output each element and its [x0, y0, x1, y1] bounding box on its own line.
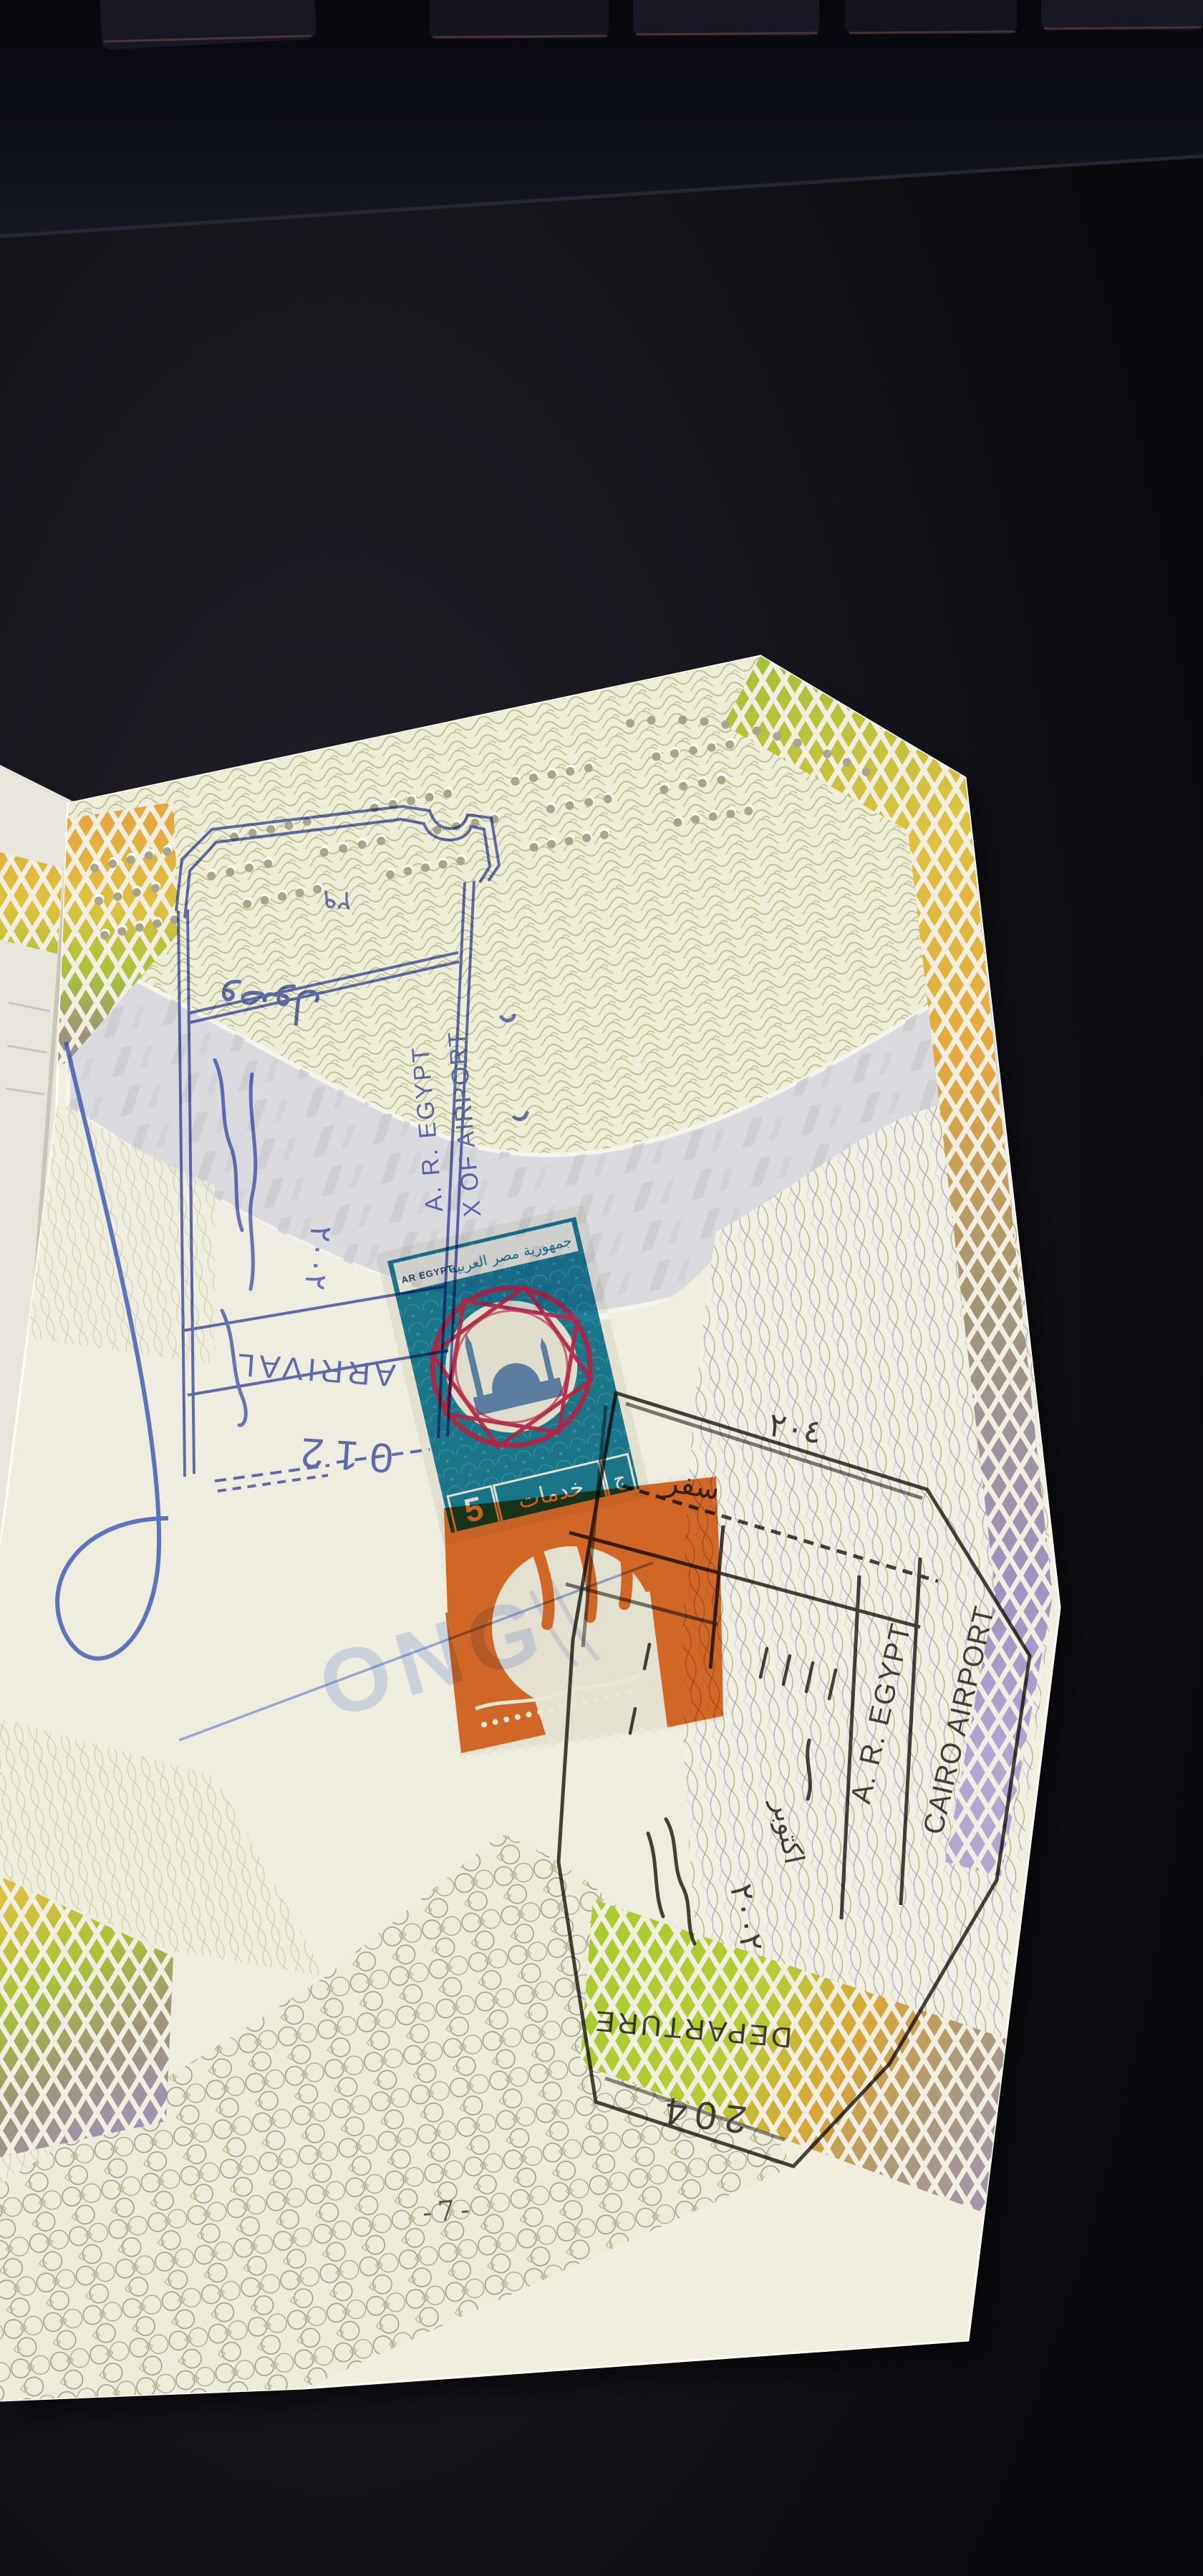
arrival-date-year: ٢٠٠٢: [298, 1224, 339, 1292]
arrival-date-day: ٢٩: [322, 884, 353, 917]
arrival-arabic-word: وصول: [216, 978, 323, 1033]
photo-of-passport-page: ONG: [0, 0, 1203, 2576]
page-number: -7-: [422, 2194, 477, 2229]
departure-number-arabic: ٢٠٤: [766, 1405, 825, 1452]
arrival-number: 012: [288, 1428, 395, 1482]
passport-page: ONG: [0, 656, 1060, 2401]
